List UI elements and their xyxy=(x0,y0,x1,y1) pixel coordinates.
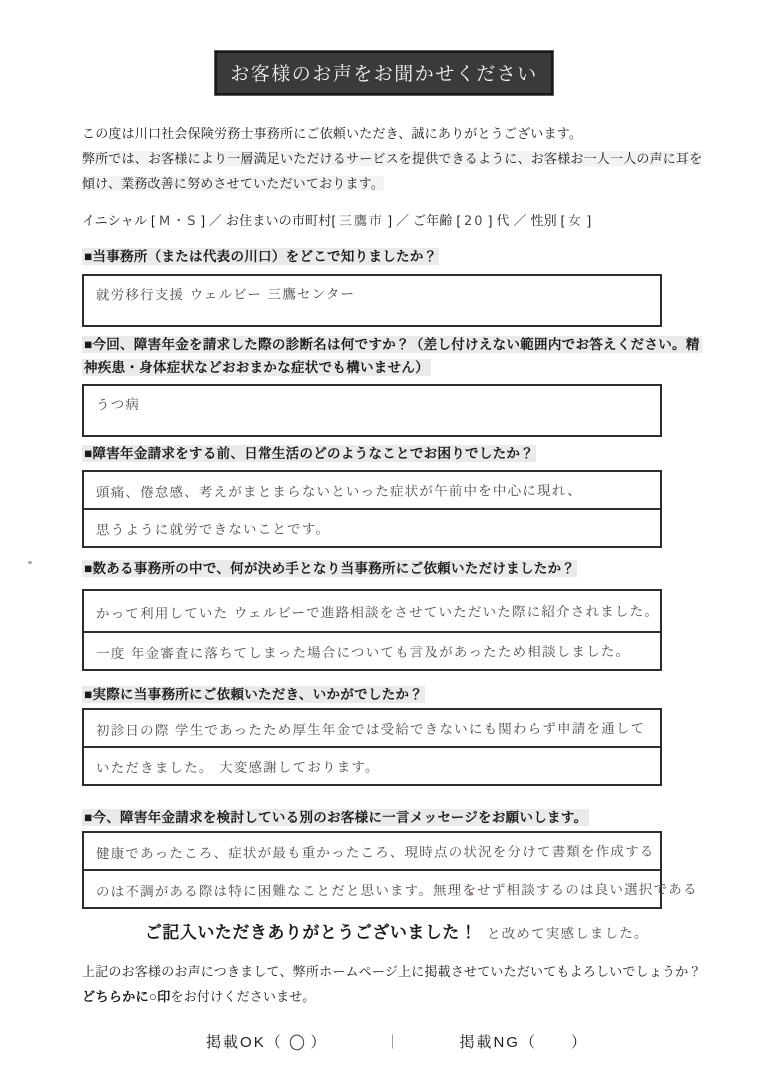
section-how-did-you-know: ■当事務所（または代表の川口）をどこで知りましたか？ 就労移行支援 ウェルビー … xyxy=(82,245,712,327)
answer-4-line-2: 一度 年金審査に落ちてしまった場合についても言及があったため相談しました。 xyxy=(96,640,630,662)
question-heading-3-text: ■障害年金請求をする前、日常生活のどのようなことでお困りでしたか？ xyxy=(82,445,536,462)
answer-1-text: 就労移行支援 ウェルビー 三鷹センター xyxy=(96,282,355,303)
answer-line: 就労移行支援 ウェルビー 三鷹センター xyxy=(84,276,660,325)
answer-line: うつ病 xyxy=(84,386,660,435)
answer-line: 一度 年金審査に落ちてしまった場合についても言及があったため相談しました。 xyxy=(84,631,660,669)
intro-line-1: この度は川口社会保険労務士事務所にご依頼いただき、誠にありがとうございます。 xyxy=(82,121,712,146)
gender-label: ] 代 ／ 性別 [ xyxy=(489,213,565,228)
question-heading-5-text: ■実際に当事務所にご依頼いただき、いかがでしたか？ xyxy=(82,686,425,703)
answer-line: 健康であったころ、症状が最も重かったころ、現時点の状況を分けて書類を作成する xyxy=(84,833,660,869)
scanned-feedback-form: お客様のお声をお聞かせください この度は川口社会保険労務士事務所にご依頼いただき… xyxy=(0,0,768,1086)
age-label: ] ／ ご年齢 [ xyxy=(388,213,460,228)
intro-paragraph: この度は川口社会保険労務士事務所にご依頼いただき、誠にありがとうございます。 弊… xyxy=(82,121,712,196)
question-heading-4: ■数ある事務所の中で、何が決め手となり当事務所にご依頼いただけましたか？ xyxy=(82,557,712,580)
answer-5-line-2: いただきました。 大変感謝しております。 xyxy=(96,755,380,776)
publish-ng-option: 掲載NG（ ） xyxy=(459,1031,588,1052)
city-label: ] ／ お住まいの市町村[ xyxy=(201,213,335,228)
form-content: この度は川口社会保険労務士事務所にご依頼いただき、誠にありがとうございます。 弊… xyxy=(82,121,712,1052)
scan-speck xyxy=(469,892,473,895)
answer-line: かって利用していた ウェルビーで進路相談をさせていただいた際に紹介されました。 xyxy=(84,591,660,631)
initial-label: イニシャル [ xyxy=(82,213,155,228)
section-daily-life-troubles: ■障害年金請求をする前、日常生活のどのようなことでお困りでしたか？ 頭痛、倦怠感… xyxy=(82,442,712,548)
handwritten-continuation: と改めて実感しました。 xyxy=(487,922,649,943)
section-message-to-others: ■今、障害年金請求を検討している別のお客様に一言メッセージをお願いします。 健康… xyxy=(82,806,712,909)
answer-6-line-1: 健康であったころ、症状が最も重かったころ、現時点の状況を分けて書類を作成する xyxy=(96,840,655,862)
answer-box-4: かって利用していた ウェルビーで進路相談をさせていただいた際に紹介されました。 … xyxy=(82,589,662,671)
intro-line-3-text: 傾け、業務改善に努めさせていただいております。 xyxy=(82,176,384,191)
gender-value: 女 xyxy=(564,210,587,229)
question-heading-6-text: ■今、障害年金請求を検討している別のお客様に一言メッセージをお願いします。 xyxy=(82,809,589,826)
permission-text-bold: どちらかに○印 xyxy=(82,989,171,1004)
respondent-profile-line: イニシャル [M・S] ／ お住まいの市町村[三鷹市] ／ ご年齢 [20] 代… xyxy=(82,210,712,229)
question-heading-2-text: ■今回、障害年金を請求した際の診断名は何ですか？（差し付けえない範囲内でお答えく… xyxy=(82,336,702,376)
scan-speck xyxy=(28,561,32,564)
answer-line: 思うように就労できないことです。 xyxy=(84,508,660,546)
city-value: 三鷹市 xyxy=(335,210,388,229)
title-banner-wrap: お客様のお声をお聞かせください xyxy=(0,0,768,95)
answer-3-line-1: 頭痛、倦怠感、考えがまとまらないといった症状が午前中を中心に現れ、 xyxy=(96,479,582,501)
answer-box-3: 頭痛、倦怠感、考えがまとまらないといった症状が午前中を中心に現れ、 思うように就… xyxy=(82,470,662,548)
intro-line-1-text: この度は川口社会保険労務士事務所にご依頼いただき、誠にありがとうございます。 xyxy=(82,126,582,141)
answer-3-line-2: 思うように就労できないことです。 xyxy=(96,517,330,538)
intro-line-2: 弊所では、お客様により一層満足いただけるサービスを提供できるように、お客様お一人… xyxy=(82,146,712,171)
permission-text-tail: をお付けくださいませ。 xyxy=(171,989,316,1004)
answer-line: のは不調がある際は特に困難なことだと思います。無理をせず相談するのは良い選択であ… xyxy=(84,869,660,907)
age-value: 20 xyxy=(460,214,489,229)
question-heading-5: ■実際に当事務所にご依頼いただき、いかがでしたか？ xyxy=(82,683,712,706)
intro-line-2-text: 弊所では、お客様により一層満足いただけるサービスを提供できるように、お客様お一人… xyxy=(82,151,702,166)
answer-box-5: 初診日の際 学生であったため厚生年金では受給できないにも関わらず申請を通して い… xyxy=(82,708,662,786)
question-heading-4-text: ■数ある事務所の中で、何が決め手となり当事務所にご依頼いただけましたか？ xyxy=(82,560,577,577)
question-heading-6: ■今、障害年金請求を検討している別のお客様に一言メッセージをお願いします。 xyxy=(82,806,712,829)
publish-ok-label: 掲載OK（ xyxy=(206,1034,283,1051)
profile-label-end: ] xyxy=(587,213,591,228)
initial-value: M・S xyxy=(155,210,202,229)
question-heading-1: ■当事務所（または代表の川口）をどこで知りましたか？ xyxy=(82,245,712,268)
thank-you-text: ご記入いただきありがとうございました！ xyxy=(145,918,478,943)
section-deciding-factor: ■数ある事務所の中で、何が決め手となり当事務所にご依頼いただけましたか？ かって… xyxy=(82,557,712,671)
publish-ok-option: 掲載OK（○） xyxy=(206,1031,327,1052)
answer-box-2: うつ病 xyxy=(82,384,662,437)
question-heading-2: ■今回、障害年金を請求した際の診断名は何ですか？（差し付けえない範囲内でお答えく… xyxy=(82,333,712,379)
closing-line: ご記入いただきありがとうございました！ と改めて実感しました。 xyxy=(82,918,712,943)
publish-ok-close: ） xyxy=(310,1034,327,1051)
publish-choice-row: 掲載OK（○） ｜ 掲載NG（ ） xyxy=(82,1031,712,1052)
section-how-was-it: ■実際に当事務所にご依頼いただき、いかがでしたか？ 初診日の際 学生であったため… xyxy=(82,683,712,786)
question-heading-3: ■障害年金請求をする前、日常生活のどのようなことでお困りでしたか？ xyxy=(82,442,712,465)
answer-box-1: 就労移行支援 ウェルビー 三鷹センター xyxy=(82,274,662,327)
answer-4-line-1: かって利用していた ウェルビーで進路相談をさせていただいた際に紹介されました。 xyxy=(96,600,659,622)
answer-2-text: うつ病 xyxy=(96,393,140,413)
section-diagnosis-name: ■今回、障害年金を請求した際の診断名は何ですか？（差し付けえない範囲内でお答えく… xyxy=(82,333,712,437)
ok-circle-mark: ○ xyxy=(281,1028,312,1054)
intro-line-3: 傾け、業務改善に努めさせていただいております。 xyxy=(82,171,712,196)
answer-box-6: 健康であったころ、症状が最も重かったころ、現時点の状況を分けて書類を作成する の… xyxy=(82,831,662,909)
answer-line: 頭痛、倦怠感、考えがまとまらないといった症状が午前中を中心に現れ、 xyxy=(84,472,660,508)
answer-line: 初診日の際 学生であったため厚生年金では受給できないにも関わらず申請を通して xyxy=(84,710,660,746)
answer-line: いただきました。 大変感謝しております。 xyxy=(84,746,660,784)
choice-divider: ｜ xyxy=(385,1032,401,1052)
answer-5-line-1: 初診日の際 学生であったため厚生年金では受給できないにも関わらず申請を通して xyxy=(96,717,645,739)
page-title: お客様のお声をお聞かせください xyxy=(215,51,553,95)
question-heading-1-text: ■当事務所（または代表の川口）をどこで知りましたか？ xyxy=(82,248,439,265)
answer-6-line-2: のは不調がある際は特に困難なことだと思います。無理をせず相談するのは良い選択であ… xyxy=(96,878,698,901)
permission-text-normal: 上記のお客様のお声につきまして、弊所ホームページ上に掲載させていただいてもよろし… xyxy=(82,964,702,979)
permission-paragraph: 上記のお客様のお声につきまして、弊所ホームページ上に掲載させていただいてもよろし… xyxy=(82,959,712,1009)
